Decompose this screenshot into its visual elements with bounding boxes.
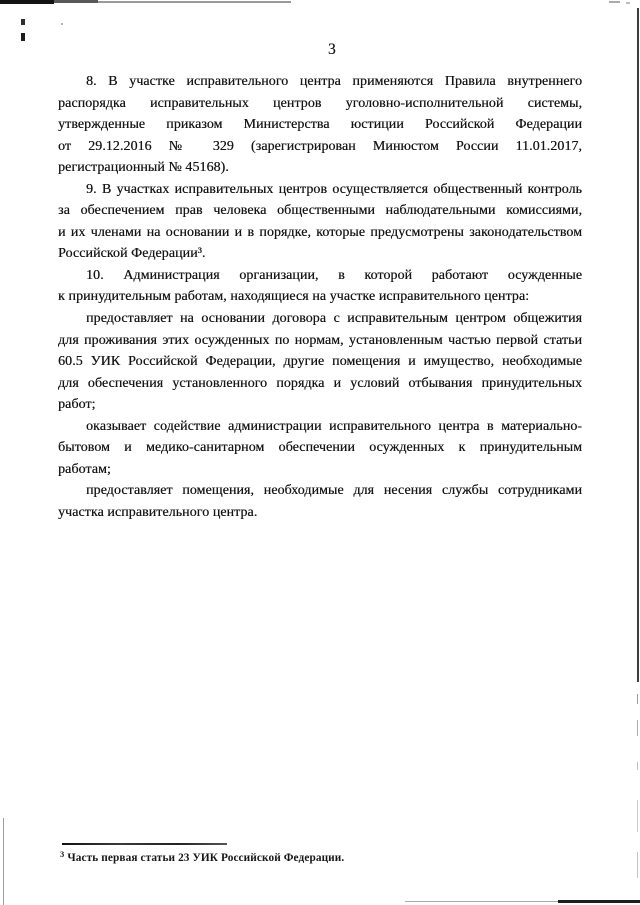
scan-artifact-bottom-line-light (405, 901, 560, 903)
scan-artifact-right-edge-line (637, 8, 639, 682)
footnote-text: Часть первая статьи 23 УИК Российской Фе… (67, 852, 344, 864)
scan-artifact-top-line-mid (54, 0, 98, 3)
scan-artifact-speck (21, 33, 26, 41)
text-line: 9. В участках исправительных центров осу… (58, 179, 582, 201)
text-line: оказывает содействие администрации испра… (58, 416, 582, 438)
footnote-marker: 3 (60, 849, 64, 859)
text-line: распорядка исправительных центров уголов… (58, 93, 582, 115)
scan-artifact-speck (21, 19, 25, 25)
scan-artifact-right-dash (637, 852, 639, 878)
text-line: 8. В участке исправительного центра прим… (58, 71, 582, 93)
text-line: участка исправительного центра. (58, 502, 582, 524)
scan-artifact-left-edge-line (3, 818, 4, 905)
scan-artifact-right-dash (637, 720, 639, 736)
text-line: от 29.12.2016 № 329 (зарегистрирован Мин… (58, 136, 582, 158)
page-number: 3 (0, 41, 640, 59)
scan-artifact-right-dash (637, 694, 639, 704)
scan-artifact-top-line-dark (0, 0, 54, 4)
text-line: за обеспечением прав человека общественн… (58, 200, 582, 222)
text-line: утвержденные приказом Министерства юстиц… (58, 114, 582, 136)
text-line: бытовом и медико-санитарном обеспечении … (58, 437, 582, 459)
text-line: для обеспечения установленного порядка и… (58, 373, 582, 395)
scan-artifact-top-dash (609, 1, 620, 3)
scan-artifact-right-dash (637, 762, 639, 770)
text-line: к принудительным работам, находящиеся на… (58, 286, 582, 308)
text-line: предоставляет на основании договора с ис… (58, 308, 582, 330)
text-line: работ; (58, 394, 582, 416)
scan-artifact-top-line-gray (98, 1, 291, 3)
text-line: предоставляет помещения, необходимые для… (58, 480, 582, 502)
scan-artifact-top-dash (626, 2, 630, 4)
text-line: регистрационный № 45168). (58, 157, 582, 179)
text-line: и их членами на основании и в порядке, к… (58, 222, 582, 244)
text-line: Российской Федерации³. (58, 243, 582, 265)
document-page: 3 8. В участке исправительного центра пр… (0, 0, 640, 905)
text-line: работам; (58, 459, 582, 481)
text-line: 60.5 УИК Российской Федерации, другие по… (58, 351, 582, 373)
scan-artifact-right-dash (637, 800, 639, 832)
footnote: 3Часть первая статьи 23 УИК Российской Ф… (60, 849, 344, 864)
text-line: для проживания этих осужденных по нормам… (58, 330, 582, 352)
scan-artifact-bottom-line-dark (558, 900, 640, 904)
text-line: 10. Администрация организации, в которой… (58, 265, 582, 287)
scan-artifact-speck (61, 23, 63, 25)
footnote-divider (62, 843, 227, 845)
document-body: 8. В участке исправительного центра прим… (58, 71, 582, 523)
